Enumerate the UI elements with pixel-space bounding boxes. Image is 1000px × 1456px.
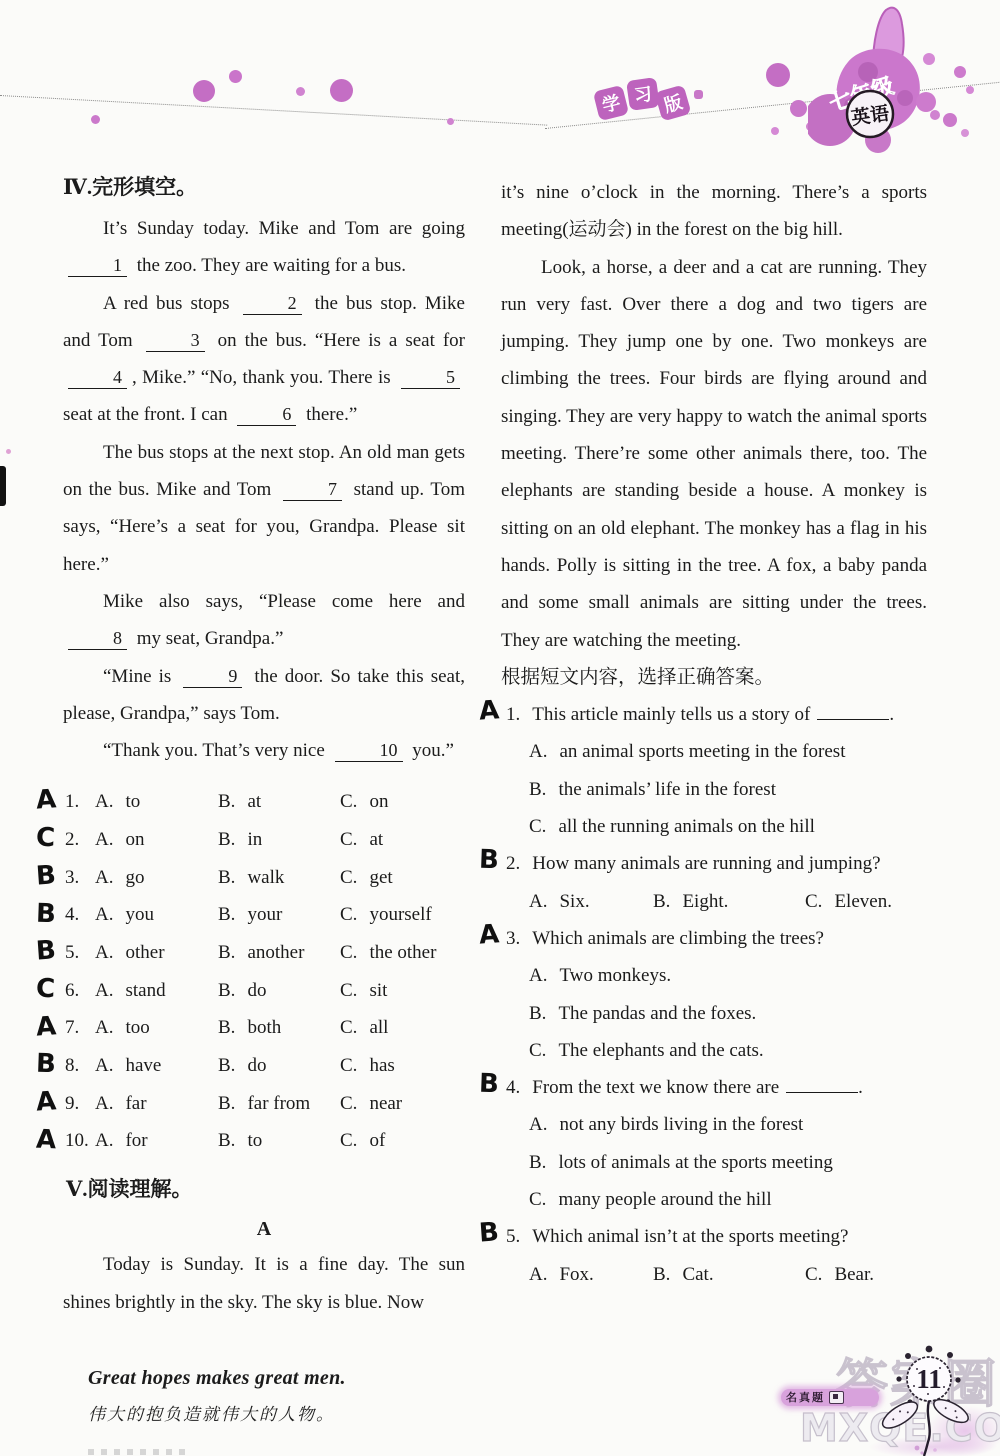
choice: B.your: [218, 904, 340, 926]
reading-question: B4.From the text we know there are.A.not…: [501, 1069, 927, 1218]
choice-label: B.: [218, 791, 235, 812]
handwritten-answer: A: [35, 787, 57, 814]
choice-text: not any birds living in the forest: [559, 1114, 803, 1135]
choice: A.other: [95, 942, 218, 964]
ink-dot: [330, 79, 353, 102]
cloze-option-row: A9.A.farB.far fromC.near: [63, 1085, 465, 1123]
choice-text: all the running animals on the hill: [558, 816, 814, 837]
answer-blank: [817, 715, 889, 720]
choice: C.at: [340, 829, 465, 851]
reading-question: B5.Which animal isn’t at the sports meet…: [501, 1218, 927, 1293]
choice-text: do: [247, 980, 266, 1001]
cloze-blank: 10: [335, 740, 403, 762]
choice-text: at: [369, 829, 383, 850]
question-number: 2.: [65, 829, 95, 851]
right-column: it’s nine o’clock in the morning. There’…: [501, 172, 927, 1321]
choice-text: Bear.: [834, 1264, 874, 1285]
cloze-option-row: B8.A.haveB.doC.has: [63, 1047, 465, 1085]
choice: B.the animals’ life in the forest: [529, 771, 927, 808]
page-body: Ⅳ.完形填空。 It’s Sunday today. Mike and Tom …: [63, 172, 927, 1321]
question-number: 5.: [65, 942, 95, 964]
stamp-icon: [829, 1391, 844, 1404]
cloze-blank: 9: [183, 666, 242, 688]
choice-text: get: [369, 867, 392, 888]
choice-label: B.: [218, 829, 235, 850]
handwritten-answer: A: [35, 1088, 57, 1115]
choice-text: many people around the hill: [558, 1189, 771, 1210]
choice-text: in: [247, 829, 262, 850]
choice-text: Eleven.: [834, 891, 892, 912]
ink-dot: [790, 100, 807, 117]
choice: C.many people around the hill: [529, 1181, 927, 1218]
choice-label: C.: [340, 1130, 357, 1151]
choice-label: C.: [529, 816, 546, 837]
choice: C.Eleven.: [805, 883, 927, 920]
badge-char: 版: [661, 88, 685, 118]
handwritten-answer: C: [36, 825, 56, 852]
cloze-blank: 1: [68, 255, 127, 277]
choice: B.Cat.: [653, 1256, 805, 1293]
choice-label: C.: [340, 829, 357, 850]
choice: C.get: [340, 867, 465, 889]
scan-line: [0, 95, 547, 126]
handwritten-answer: A: [478, 697, 500, 724]
choice: C.sit: [340, 980, 465, 1002]
cloze-option-row: A10.A.forB.toC.of: [63, 1123, 465, 1161]
choice-label: C.: [805, 1264, 822, 1285]
reading-passage-continued: it’s nine o’clock in the morning. There’…: [501, 174, 927, 249]
ink-dot: [771, 127, 779, 135]
choice: A.for: [95, 1130, 218, 1152]
handwritten-answer: B: [479, 1071, 500, 1098]
choice-label: B.: [653, 891, 670, 912]
choice: B.do: [218, 1055, 340, 1077]
ink-dot: [447, 118, 454, 125]
choice-label: B.: [218, 1130, 235, 1151]
choice: A.too: [95, 1017, 218, 1039]
edition-badge-char: 学: [593, 85, 629, 121]
cloze-blank: 3: [146, 330, 205, 352]
question-number: 1.: [65, 791, 95, 813]
choice-label: B.: [218, 904, 235, 925]
question-number: 10.: [65, 1130, 95, 1152]
choice-text: both: [247, 1017, 281, 1038]
choice-label: C.: [340, 1093, 357, 1114]
cloze-blank: 2: [243, 293, 302, 315]
choice-text: Cat.: [682, 1264, 713, 1285]
handwritten-answer: A: [478, 921, 500, 948]
choice: A.Fox.: [529, 1256, 653, 1293]
ink-dot: [91, 115, 100, 124]
page-number: 11: [916, 1364, 942, 1394]
question-line: 5.Which animal isn’t at the sports meeti…: [501, 1218, 927, 1255]
cloze-blank: 7: [283, 479, 342, 501]
choice-text: walk: [247, 867, 284, 888]
question-number: 4.: [506, 1077, 520, 1098]
choice-text: for: [125, 1130, 147, 1151]
choice-text: The pandas and the foxes.: [558, 1003, 756, 1024]
footer-quote-chinese: 伟大的抱负造就伟大的人物。: [88, 1400, 335, 1425]
cloze-blank: 5: [401, 367, 460, 389]
left-column: Ⅳ.完形填空。 It’s Sunday today. Mike and Tom …: [63, 172, 465, 1321]
choice-text: Fox.: [559, 1264, 593, 1285]
choice-label: C.: [340, 980, 357, 1001]
cloze-paragraph: The bus stops at the next stop. An old m…: [63, 434, 465, 583]
choice-label: C.: [340, 1017, 357, 1038]
choice: A.Six.: [529, 883, 653, 920]
choice: A.not any birds living in the forest: [529, 1106, 927, 1143]
choice-label: B.: [529, 1152, 546, 1173]
question-number: 3.: [65, 867, 95, 889]
choice-label: C.: [529, 1189, 546, 1210]
handwritten-answer: B: [35, 938, 57, 965]
question-number: 3.: [506, 928, 520, 949]
header-ink-blob: 七年级 英语: [808, 2, 1000, 162]
passage-label: A: [63, 1212, 465, 1246]
choice-label: B.: [218, 1093, 235, 1114]
choice: A.on: [95, 829, 218, 851]
cloze-paragraph: “Mine is 9 the door. So take this seat, …: [63, 658, 465, 733]
cloze-option-row: B3.A.goB.walkC.get: [63, 859, 465, 897]
cloze-option-row: C6.A.standB.doC.sit: [63, 972, 465, 1010]
choice-label: A.: [95, 942, 113, 963]
choice-list: A.Two monkeys.B.The pandas and the foxes…: [501, 957, 927, 1069]
question-number: 9.: [65, 1093, 95, 1115]
question-number: 1.: [506, 704, 520, 725]
question-number: 5.: [506, 1226, 520, 1247]
cloze-paragraph: Mike also says, “Please come here and 8 …: [63, 583, 465, 658]
reading-instruction: 根据短文内容，选择正确答案。: [501, 659, 927, 696]
choice-label: A.: [529, 1264, 547, 1285]
choice-label: B.: [218, 942, 235, 963]
question-line: 4.From the text we know there are.: [501, 1069, 927, 1106]
scan-edge-mark: [88, 1449, 188, 1455]
choice: B.to: [218, 1130, 340, 1152]
cloze-option-row: A1.A.toB.atC.on: [63, 783, 465, 821]
choice: A.stand: [95, 980, 218, 1002]
handwritten-answer: B: [478, 1220, 500, 1247]
choice: C.yourself: [340, 904, 465, 926]
reading-passage-body: Look, a horse, a deer and a cat are runn…: [501, 249, 927, 659]
choice: B.at: [218, 791, 340, 813]
question-number: 8.: [65, 1055, 95, 1077]
choice: C.Bear.: [805, 1256, 927, 1293]
question-number: 4.: [65, 904, 95, 926]
question-line: 3.Which animals are climbing the trees?: [501, 920, 927, 957]
question-number: 7.: [65, 1017, 95, 1039]
stamp-label: 名真题: [786, 1392, 825, 1403]
choice: A.Two monkeys.: [529, 957, 927, 994]
choice-label: B.: [529, 1003, 546, 1024]
handwritten-answer: B: [36, 900, 57, 927]
choice-label: A.: [95, 1093, 113, 1114]
choice: C.has: [340, 1055, 465, 1077]
choice: B.far from: [218, 1093, 340, 1115]
choice-list: A.not any birds living in the forestB.lo…: [501, 1106, 927, 1218]
question-line: 1.This article mainly tells us a story o…: [501, 696, 927, 733]
choice-label: B.: [218, 1055, 235, 1076]
choice-label: B.: [218, 867, 235, 888]
choice-label: C.: [340, 791, 357, 812]
footer-quote-english: Great hopes makes great men.: [88, 1367, 346, 1390]
choice-text: to: [125, 791, 140, 812]
badge-char: 习: [632, 80, 653, 108]
choice-text: on: [369, 791, 388, 812]
question-number: 6.: [65, 980, 95, 1002]
reading-question: A3.Which animals are climbing the trees?…: [501, 920, 927, 1069]
ink-dot: [6, 449, 11, 454]
cloze-blank: 8: [68, 628, 127, 650]
choice-text: has: [369, 1055, 394, 1076]
choice-text: do: [247, 1055, 266, 1076]
edition-badge-char: 习: [626, 77, 660, 111]
choice-label: C.: [340, 1055, 357, 1076]
choice: A.to: [95, 791, 218, 813]
choice-text: your: [247, 904, 282, 925]
choice-label: C.: [340, 904, 357, 925]
choice-text: yourself: [369, 904, 431, 925]
ink-dot: [296, 87, 305, 96]
choice-label: A.: [95, 980, 113, 1001]
cloze-paragraph: It’s Sunday today. Mike and Tom are goin…: [63, 210, 465, 285]
choice-label: A.: [529, 741, 547, 762]
choice-label: A.: [95, 1055, 113, 1076]
handwritten-answer: C: [36, 976, 56, 1003]
choice-label: A.: [95, 829, 113, 850]
cloze-blank: 4: [68, 367, 127, 389]
choice: A.far: [95, 1093, 218, 1115]
ink-dot: [694, 90, 703, 99]
choice-label: B.: [529, 779, 546, 800]
choice-text: near: [369, 1093, 402, 1114]
choice-text: to: [247, 1130, 262, 1151]
choice-label: C.: [805, 891, 822, 912]
choice-text: go: [125, 867, 144, 888]
choice-text: the other: [369, 942, 436, 963]
cloze-option-row: C2.A.onB.inC.at: [63, 821, 465, 859]
cloze-option-list: A1.A.toB.atC.onC2.A.onB.inC.atB3.A.goB.w…: [63, 783, 465, 1160]
choice: B.Eight.: [653, 883, 805, 920]
choice-label: A.: [95, 1017, 113, 1038]
choice-text: all: [369, 1017, 388, 1038]
scan-edge-mark: [0, 466, 6, 506]
choice: C.all: [340, 1017, 465, 1039]
handwritten-answer: B: [35, 862, 57, 889]
choice-text: too: [125, 1017, 149, 1038]
choice-text: Six.: [559, 891, 589, 912]
choice-label: B.: [218, 1017, 235, 1038]
handwritten-answer: A: [35, 1013, 57, 1040]
choice-text: Eight.: [682, 891, 728, 912]
choice: B.do: [218, 980, 340, 1002]
choice-list: A.an animal sports meeting in the forest…: [501, 733, 927, 845]
choice-list: A.Six.B.Eight.C.Eleven.: [501, 883, 927, 920]
choice: B.lots of animals at the sports meeting: [529, 1144, 927, 1181]
reading-question: B2.How many animals are running and jump…: [501, 845, 927, 920]
choice-label: B.: [653, 1264, 670, 1285]
choice-text: far from: [247, 1093, 310, 1114]
choice-text: stand: [125, 980, 165, 1001]
section-heading-reading: Ⅴ.阅读理解。: [66, 1174, 465, 1204]
choice: A.have: [95, 1055, 218, 1077]
answer-blank: [786, 1088, 858, 1093]
ink-dot: [766, 63, 790, 87]
choice-text: sit: [369, 980, 387, 1001]
workbook-page: 学 习 版 七年级 英语 Ⅳ.完形填空。 It’s Sunday today. …: [0, 0, 1000, 1456]
ink-dot: [193, 80, 215, 102]
choice-text: other: [125, 942, 164, 963]
choice-label: A.: [95, 1130, 113, 1151]
badge-char: 学: [599, 88, 623, 118]
choice-list: A.Fox.B.Cat.C.Bear.: [501, 1256, 927, 1293]
cloze-option-row: A7.A.tooB.bothC.all: [63, 1010, 465, 1048]
choice: B.walk: [218, 867, 340, 889]
choice-label: A.: [529, 891, 547, 912]
choice-text: lots of animals at the sports meeting: [558, 1152, 832, 1173]
choice: C.The elephants and the cats.: [529, 1032, 927, 1069]
choice-text: an animal sports meeting in the forest: [559, 741, 845, 762]
choice-label: A.: [529, 965, 547, 986]
choice: B.The pandas and the foxes.: [529, 995, 927, 1032]
question-number: 2.: [506, 853, 520, 874]
choice-text: of: [369, 1130, 385, 1151]
choice-label: A.: [95, 791, 113, 812]
reading-question-list: A1.This article mainly tells us a story …: [501, 696, 927, 1293]
choice-label: B.: [218, 980, 235, 1001]
answer-source-stamp: 名真题: [781, 1389, 879, 1406]
choice-label: A.: [529, 1114, 547, 1135]
handwritten-answer: B: [36, 1051, 57, 1078]
choice-label: A.: [95, 904, 113, 925]
choice-label: C.: [340, 867, 357, 888]
ink-dot: [229, 70, 242, 83]
choice: B.another: [218, 942, 340, 964]
reading-question: A1.This article mainly tells us a story …: [501, 696, 927, 845]
choice: C.all the running animals on the hill: [529, 808, 927, 845]
cloze-paragraph: “Thank you. That’s very nice 10 you.”: [63, 732, 465, 769]
choice: C.near: [340, 1093, 465, 1115]
handwritten-answer: A: [36, 1126, 57, 1153]
choice-text: you: [125, 904, 154, 925]
choice: A.go: [95, 867, 218, 889]
section-heading-cloze: Ⅳ.完形填空。: [63, 172, 465, 202]
choice-label: A.: [95, 867, 113, 888]
cloze-blank: 6: [237, 404, 296, 426]
flower-page-number-icon: 11: [858, 1332, 1000, 1456]
choice-text: far: [125, 1093, 146, 1114]
choice: A.an animal sports meeting in the forest: [529, 733, 927, 770]
choice: A.you: [95, 904, 218, 926]
handwritten-answer: B: [479, 847, 500, 874]
choice-label: C.: [340, 942, 357, 963]
question-line: 2.How many animals are running and jumpi…: [501, 845, 927, 882]
choice-text: Two monkeys.: [559, 965, 671, 986]
cloze-passage: It’s Sunday today. Mike and Tom are goin…: [63, 210, 465, 769]
cloze-option-row: B4.A.youB.yourC.yourself: [63, 897, 465, 935]
choice-text: the animals’ life in the forest: [558, 779, 776, 800]
choice-text: The elephants and the cats.: [558, 1040, 763, 1061]
choice: C.of: [340, 1130, 465, 1152]
cloze-paragraph: A red bus stops 2 the bus stop. Mike and…: [63, 285, 465, 434]
choice-text: another: [247, 942, 304, 963]
reading-passage-start: Today is Sunday. It is a fine day. The s…: [63, 1246, 465, 1321]
choice: B.in: [218, 829, 340, 851]
choice-text: have: [125, 1055, 161, 1076]
choice: B.both: [218, 1017, 340, 1039]
choice-text: on: [125, 829, 144, 850]
choice: C.the other: [340, 942, 465, 964]
cloze-option-row: B5.A.otherB.anotherC.the other: [63, 934, 465, 972]
choice-label: C.: [529, 1040, 546, 1061]
choice-text: at: [247, 791, 261, 812]
choice: C.on: [340, 791, 465, 813]
